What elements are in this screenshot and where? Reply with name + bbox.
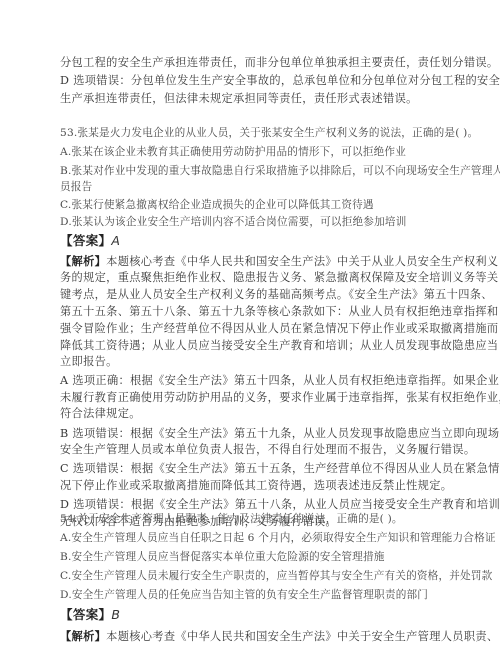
question-53-option-b-cont: 员报告: [60, 180, 92, 194]
analysis-line: 第五十五条、第五十八条、第五十九条等核心条款如下：从业人员有权拒绝违章指挥和: [60, 305, 498, 319]
question-54-option-b: B.安全生产管理人员应当督促落实本单位重大危险源的安全管理措施: [60, 550, 385, 564]
answer-label: 【答案】: [60, 233, 111, 248]
explanation-c-line: C 选项错误：根据《安全生产法》第五十五条，生产经营单位不得因从业人员在紧急情: [60, 462, 500, 476]
question-53-option-c: C.张某行使紧急撤离权给企业造成损失的企业可以降低其工资待遇: [60, 198, 374, 212]
question-53-stem: 53.张某是火力发电企业的从业人员，关于张某安全生产权利义务的说法，正确的是( …: [60, 126, 478, 140]
question-54-option-a: A.安全生产管理人员应当自任职之日起 6 个月内，必须取得安全生产知识和管理能力…: [60, 531, 496, 545]
question-53-analysis: 【解析】本题核心考查《中华人民共和国安全生产法》中关于从业人员安全生产权利义: [60, 254, 498, 269]
analysis-text: 本题核心考查《中华人民共和国安全生产法》中关于安全生产管理人员职责、: [106, 630, 498, 643]
question-54-option-d: D.安全生产管理人员的任免应当告知主管的负有安全生产监督管理职责的部门: [60, 588, 428, 602]
question-53-option-a: A.张某在该企业未教育其正确使用劳动防护用品的情形下，可以拒绝作业: [60, 145, 406, 159]
analysis-label: 【解析】: [60, 254, 106, 268]
analysis-line: 降低其工资待遇；从业人员应当接受安全生产教育和培训；从业人员发现事故隐患应当: [60, 339, 498, 353]
explanation-a-line: 未履行教育正确使用劳动防护用品的义务，要求作业属于违章指挥，张某有权拒绝作业，: [60, 391, 500, 405]
text-line: 生产承担连带责任，但法律未规定承担同等责任，责任形式表述错误。: [60, 92, 418, 106]
question-53-answer: 【答案】A: [60, 234, 120, 248]
question-53-option-d: D.张某认为该企业安全生产培训内容不适合岗位需要，可以拒绝参加培训: [60, 215, 407, 229]
answer-value: A: [111, 233, 120, 248]
explanation-d-line: D 选项错误：根据《安全生产法》第五十八条，从业人员应当接受安全生产教育和培训，: [60, 498, 500, 512]
explanation-c-line: 况下停止作业或采取撤离措施而降低其工资待遇，选项表述违反禁止性规定。: [60, 479, 452, 493]
answer-label: 【答案】: [60, 607, 111, 622]
analysis-line: 强令冒险作业；生产经营单位不得因从业人员在紧急情况下停止作业或采取撤离措施而: [60, 322, 498, 336]
text-line: 分包工程的安全生产承担连带责任，而非分包单位单独承担主要责任，责任划分错误。: [60, 56, 498, 70]
analysis-label: 【解析】: [60, 629, 106, 643]
analysis-line: 立即报告。: [60, 355, 118, 369]
question-54-option-c: C.安全生产管理人员未履行安全生产职责的，应当暂停其与安全生产有关的资格，并处罚…: [60, 569, 492, 583]
text-line: D 选项错误：分包单位发生生产安全事故的，总承包单位和分包单位对分包工程的安全: [60, 74, 500, 88]
document-page: 分包工程的安全生产承担连带责任，而非分包单位单独承担主要责任，责任划分错误。 D…: [0, 0, 500, 658]
analysis-text: 本题核心考查《中华人民共和国安全生产法》中关于从业人员安全生产权利义: [106, 255, 498, 268]
explanation-b-line: B 选项错误：根据《安全生产法》第五十九条，从业人员发现事故隐患应当立即向现场: [60, 427, 499, 441]
analysis-line: 务的规定，重点聚焦拒绝作业权、隐患报告义务、紧急撤离权保障及安全培训义务等关: [60, 271, 498, 285]
analysis-line: 键考点，是从业人员安全生产权利义务的基础高频考点。《安全生产法》第五十四条、: [60, 288, 493, 302]
question-54-answer: 【答案】B: [60, 608, 120, 622]
question-54-stem: 54.关于安全生产管理人员职责、能力及法律责任的说法，正确的是( )。: [60, 512, 403, 526]
question-54-analysis: 【解析】本题核心考查《中华人民共和国安全生产法》中关于安全生产管理人员职责、: [60, 629, 498, 644]
answer-value: B: [111, 607, 120, 622]
explanation-b-line: 安全生产管理人员或本单位负责人报告，不得自行处理而不报告，义务履行错误。: [60, 443, 475, 457]
explanation-a-line: A 选项正确：根据《安全生产法》第五十四条，从业人员有权拒绝违章指挥。如果企业: [60, 374, 499, 388]
question-53-option-b: B.张某对作业中发现的重大事故隐患自行采取措施予以排除后，可以不向现场安全生产管…: [60, 164, 500, 178]
explanation-a-line: 符合法律规定。: [60, 407, 141, 421]
